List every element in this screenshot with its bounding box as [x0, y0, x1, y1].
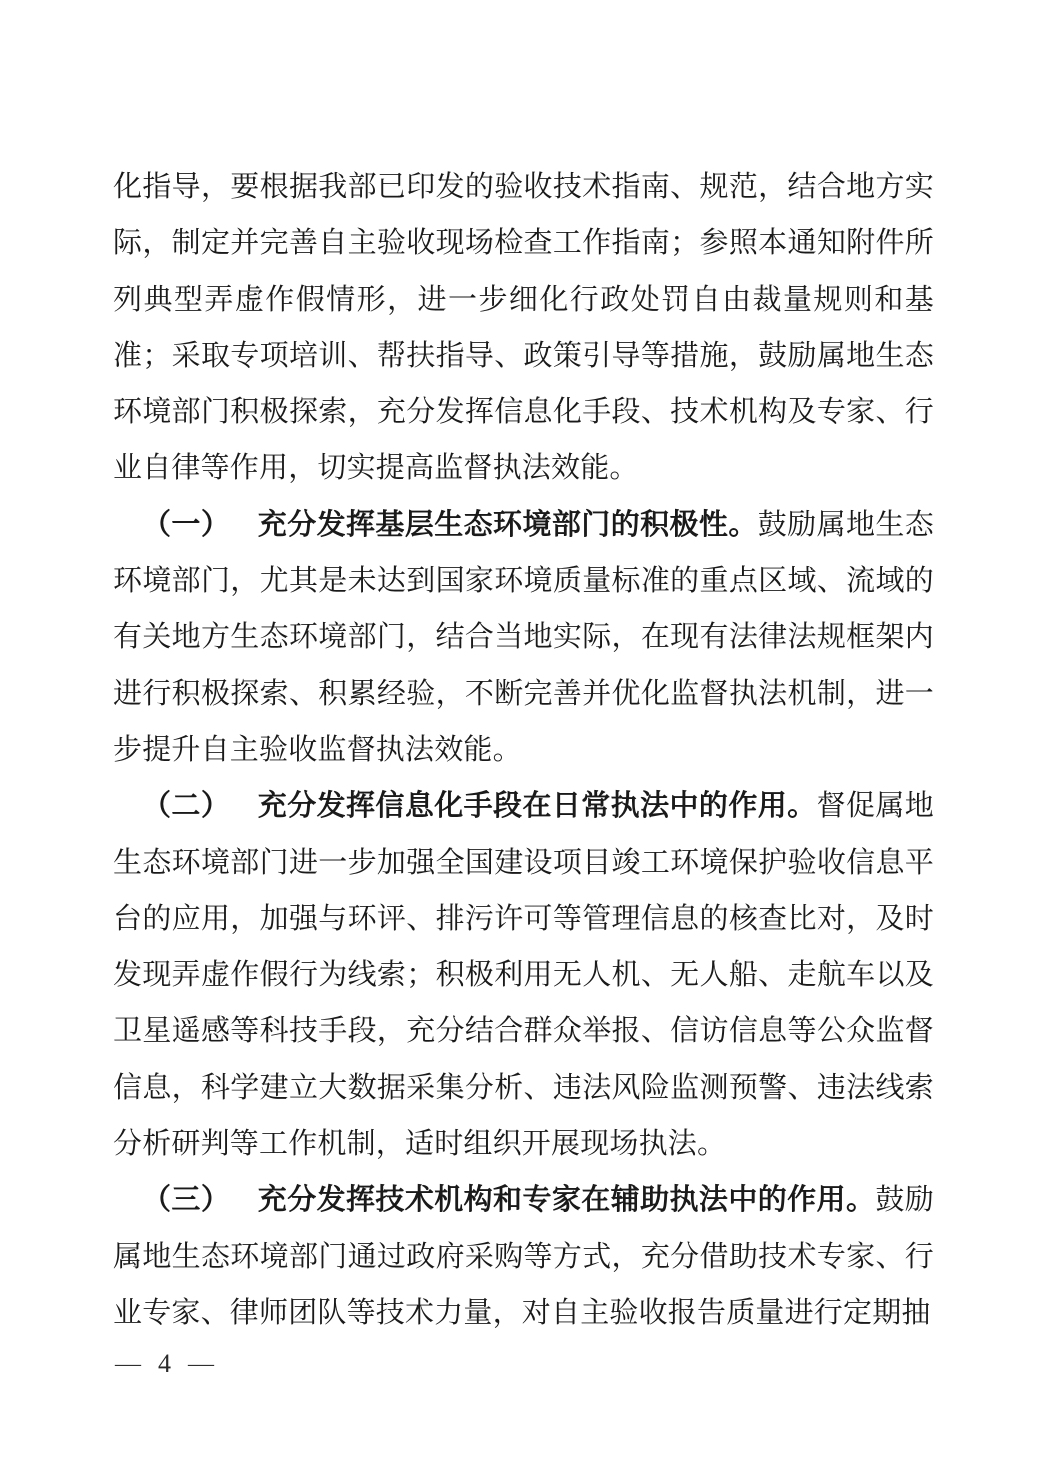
text-content: 化指导，要根据我部已印发的验收技术指南、规范，结合地方实际，制定并完善自主验收现…: [113, 159, 934, 1341]
paragraph-item-1: （一）充分发挥基层生态环境部门的积极性。鼓励属地生态环境部门，尤其是未达到国家环…: [113, 497, 934, 778]
paragraph-label: （三）: [142, 1184, 230, 1216]
paragraph-heading: 充分发挥技术机构和专家在辅助执法中的作用。: [258, 1184, 876, 1216]
paragraph-body: 化指导，要根据我部已印发的验收技术指南、规范，结合地方实际，制定并完善自主验收现…: [113, 171, 934, 484]
footer-dash-left: —: [115, 1351, 141, 1378]
page-footer: — 4 —: [115, 1349, 214, 1379]
paragraph-item-3: （三）充分发挥技术机构和专家在辅助执法中的作用。鼓励属地生态环境部门通过政府采购…: [113, 1172, 934, 1341]
paragraph-body: 鼓励属地生态环境部门，尤其是未达到国家环境质量标准的重点区域、流域的有关地方生态…: [113, 509, 934, 766]
paragraph-body: 督促属地生态环境部门进一步加强全国建设项目竣工环境保护验收信息平台的应用，加强与…: [113, 790, 934, 1160]
paragraph-heading: 充分发挥信息化手段在日常执法中的作用。: [258, 790, 817, 822]
footer-dash-right: —: [188, 1351, 214, 1378]
opening-paragraph: 化指导，要根据我部已印发的验收技术指南、规范，结合地方实际，制定并完善自主验收现…: [113, 159, 934, 497]
page-number: 4: [158, 1349, 171, 1379]
paragraph-heading: 充分发挥基层生态环境部门的积极性。: [258, 509, 758, 541]
paragraph-item-2: （二）充分发挥信息化手段在日常执法中的作用。督促属地生态环境部门进一步加强全国建…: [113, 778, 934, 1172]
paragraph-label: （一）: [142, 509, 230, 541]
document-page: 化指导，要根据我部已印发的验收技术指南、规范，结合地方实际，制定并完善自主验收现…: [0, 0, 1059, 1482]
paragraph-label: （二）: [142, 790, 230, 822]
